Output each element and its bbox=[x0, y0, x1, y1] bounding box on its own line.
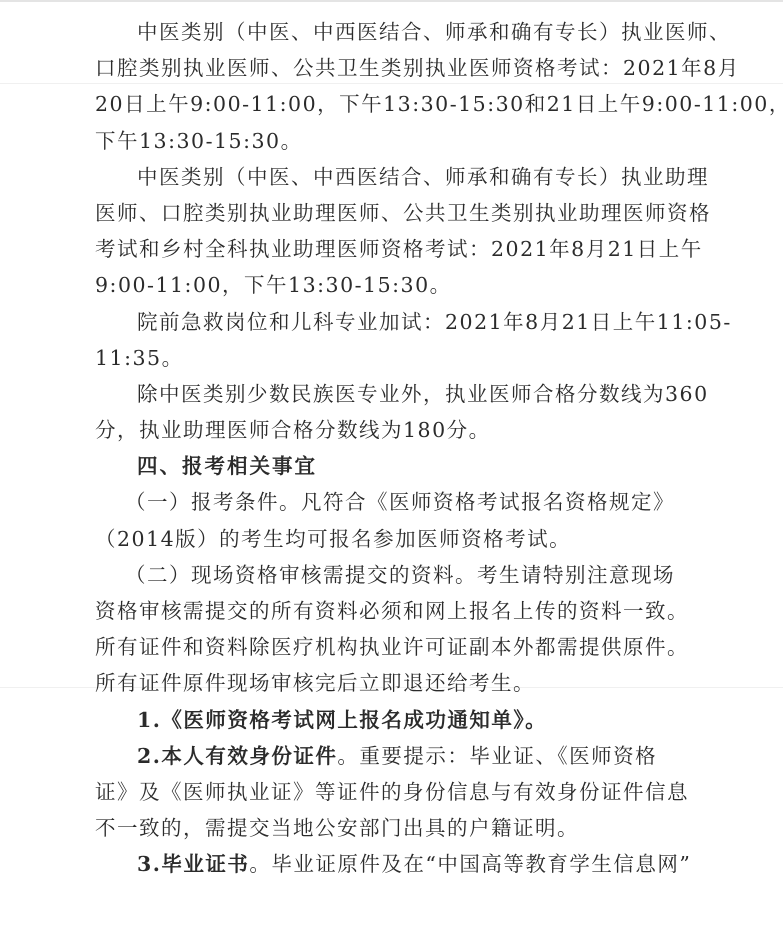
text-line: 分，执业助理医师合格分数线为180分。 bbox=[95, 412, 707, 448]
text-line: 所有证件原件现场审核完后立即退还给考生。 bbox=[95, 665, 707, 701]
text-line: （一）报考条件。凡符合《医师资格考试报名资格规定》 bbox=[95, 484, 707, 520]
text-line: （2014版）的考生均可报名参加医师资格考试。 bbox=[95, 521, 707, 557]
text-line: 口腔类别执业医师、公共卫生类别执业医师资格考试：2021年8月 bbox=[95, 50, 707, 86]
text-line: 11:35。 bbox=[95, 340, 707, 376]
text-line: 1.《医师资格考试网上报名成功通知单》。 bbox=[95, 702, 707, 738]
text-line: 院前急救岗位和儿科专业加试：2021年8月21日上午11:05- bbox=[95, 304, 707, 340]
text-line: 20日上午9:00-11:00，下午13:30-15:30和21日上午9:00-… bbox=[95, 86, 707, 122]
item-3-lead: 3.毕业证书 bbox=[137, 852, 249, 876]
text-line: 中医类别（中医、中西医结合、师承和确有专长）执业助理 bbox=[95, 159, 707, 195]
paragraph-onsite-review-materials: （二）现场资格审核需提交的资料。考生请特别注意现场 资格审核需提交的所有资料必须… bbox=[95, 557, 707, 702]
text-line: 除中医类别少数民族医专业外，执业医师合格分数线为360 bbox=[95, 376, 707, 412]
text-line: 下午13:30-15:30。 bbox=[95, 123, 707, 159]
paragraph-assistant-physician-exam-schedule: 中医类别（中医、中西医结合、师承和确有专长）执业助理 医师、口腔类别执业助理医师… bbox=[95, 159, 707, 304]
paragraph-passing-scores: 除中医类别少数民族医专业外，执业医师合格分数线为360 分，执业助理医师合格分数… bbox=[95, 376, 707, 448]
paragraph-emergency-pediatrics-extra-exam: 院前急救岗位和儿科专业加试：2021年8月21日上午11:05- 11:35。 bbox=[95, 304, 707, 376]
section-heading: 四、报考相关事宜 bbox=[95, 448, 707, 484]
list-item-2: 2.本人有效身份证件。重要提示：毕业证、《医师资格 证》及《医师执业证》等证件的… bbox=[95, 738, 707, 847]
text-line: 9:00-11:00，下午13:30-15:30。 bbox=[95, 267, 707, 303]
text-line: 2.本人有效身份证件。重要提示：毕业证、《医师资格 bbox=[95, 738, 707, 774]
text-line: 所有证件和资料除医疗机构执业许可证副本外都需提供原件。 bbox=[95, 629, 707, 665]
text-line: （二）现场资格审核需提交的资料。考生请特别注意现场 bbox=[95, 557, 707, 593]
paragraph-tcm-physician-exam-schedule: 中医类别（中医、中西医结合、师承和确有专长）执业医师、 口腔类别执业医师、公共卫… bbox=[95, 14, 707, 159]
text-line: 不一致的，需提交当地公安部门出具的户籍证明。 bbox=[95, 810, 707, 846]
item-2-lead: 2.本人有效身份证件 bbox=[137, 744, 337, 768]
section-4-heading: 四、报考相关事宜 bbox=[95, 448, 707, 484]
text-line: 资格审核需提交的所有资料必须和网上报名上传的资料一致。 bbox=[95, 593, 707, 629]
list-item-1: 1.《医师资格考试网上报名成功通知单》。 bbox=[95, 702, 707, 738]
text-line: 医师、口腔类别执业助理医师、公共卫生类别执业助理医师资格 bbox=[95, 195, 707, 231]
item-2-text: 。重要提示：毕业证、《医师资格 bbox=[337, 744, 657, 768]
item-3-text: 。毕业证原件及在“中国高等教育学生信息网” bbox=[249, 852, 691, 876]
document-page: 中医类别（中医、中西医结合、师承和确有专长）执业医师、 口腔类别执业医师、公共卫… bbox=[95, 14, 707, 883]
text-line: 考试和乡村全科执业助理医师资格考试：2021年8月21日上午 bbox=[95, 231, 707, 267]
page-top-edge bbox=[0, 0, 783, 2]
paragraph-application-conditions: （一）报考条件。凡符合《医师资格考试报名资格规定》 （2014版）的考生均可报名… bbox=[95, 484, 707, 556]
list-item-3: 3.毕业证书。毕业证原件及在“中国高等教育学生信息网” bbox=[95, 846, 707, 882]
text-line: 中医类别（中医、中西医结合、师承和确有专长）执业医师、 bbox=[95, 14, 707, 50]
text-line: 证》及《医师执业证》等证件的身份信息与有效身份证件信息 bbox=[95, 774, 707, 810]
text-line: 3.毕业证书。毕业证原件及在“中国高等教育学生信息网” bbox=[95, 846, 707, 882]
